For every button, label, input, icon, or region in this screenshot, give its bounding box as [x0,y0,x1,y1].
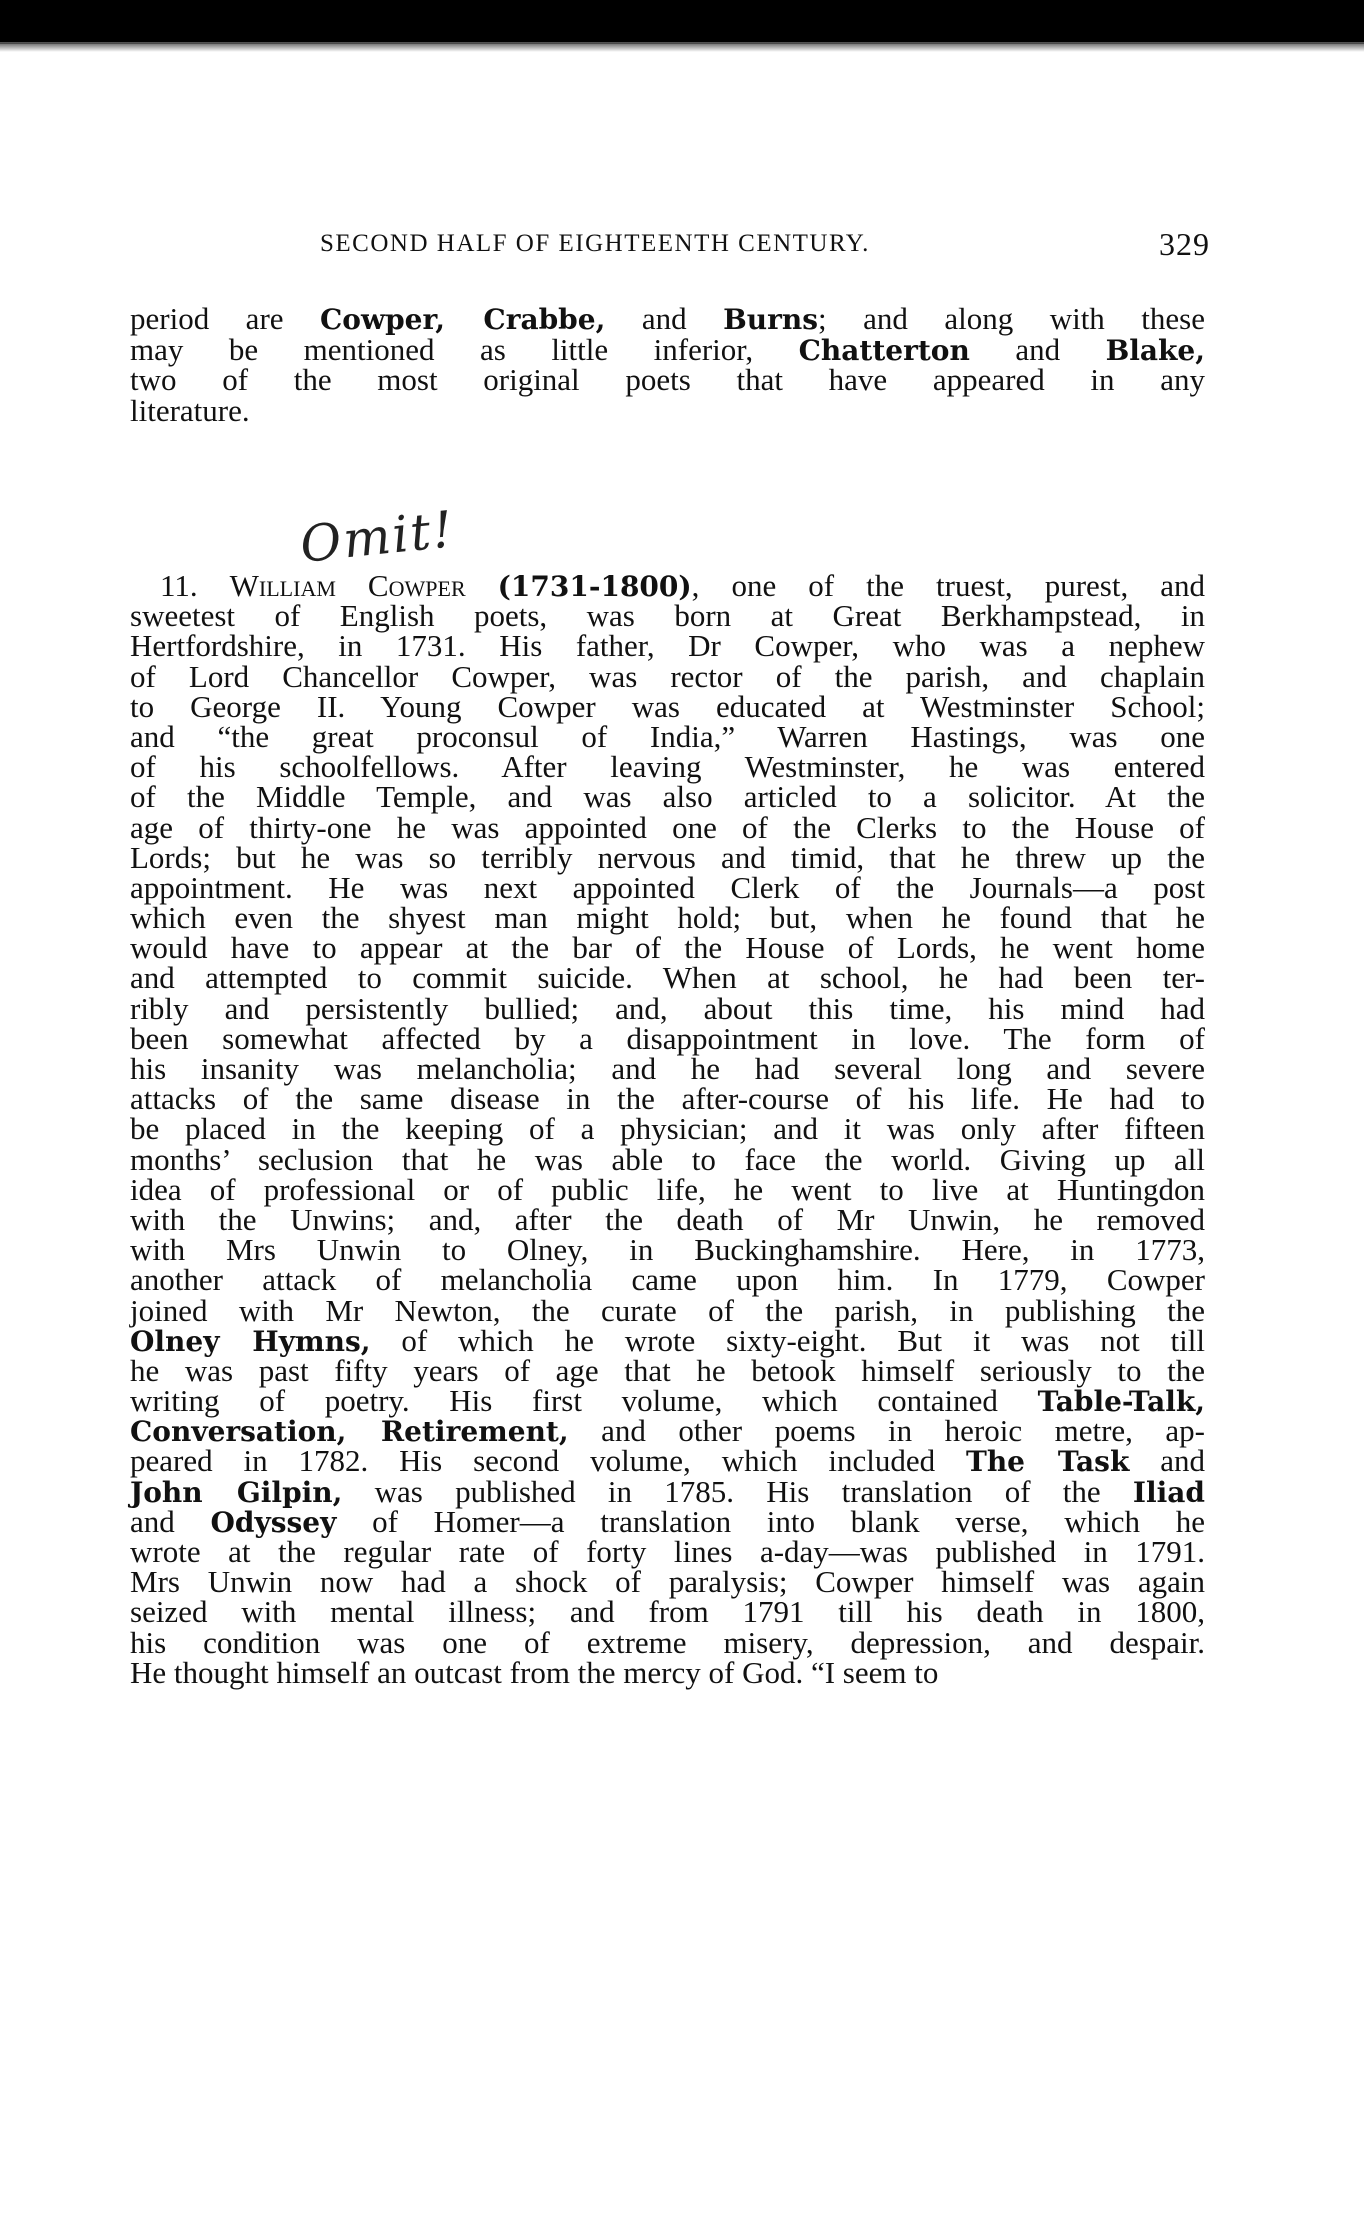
text-line: he was past fifty years of age that he b… [130,1356,1205,1386]
text-line: and “the great proconsul of India,” Warr… [130,722,1205,752]
text-line: attacks of the same disease in the after… [130,1084,1205,1114]
paragraph-continuation: period are Cowper, Crabbe, and Burns; an… [130,304,1205,426]
text-line: and Odyssey of Homer—a translation into … [130,1507,1205,1537]
text-line: John Gilpin, was published in 1785. His … [130,1477,1205,1507]
text-line: Hertfordshire, in 1731. His father, Dr C… [130,631,1205,661]
text-line: with the Unwins; and, after the death of… [130,1205,1205,1235]
text-line: Lords; but he was so terribly nervous an… [130,843,1205,873]
text-line: appointment. He was next appointed Clerk… [130,873,1205,903]
text-line: two of the most original poets that have… [130,365,1205,396]
text-line: sweetest of English poets, was born at G… [130,601,1205,631]
text-line: to George II. Young Cowper was educated … [130,692,1205,722]
handwritten-annotation: Omit! [297,500,457,574]
text-line: 11. William Cowper (1731-1800), one of t… [130,571,1205,601]
text-line: Mrs Unwin now had a shock of paralysis; … [130,1567,1205,1597]
scan-edge-band [0,0,1364,44]
text-line: another attack of melancholia came upon … [130,1265,1205,1295]
text-run: two of the most original poets that have… [130,362,1205,397]
text-line: period are Cowper, Crabbe, and Burns; an… [130,304,1205,335]
text-run: and [1129,1443,1205,1478]
text-line: peared in 1782. His second volume, which… [130,1446,1205,1476]
text-line: of his schoolfellows. After leaving West… [130,752,1205,782]
text-line: seized with mental illness; and from 179… [130,1597,1205,1627]
text-line: writing of poetry. His first volume, whi… [130,1386,1205,1416]
text-line: months’ seclusion that he was able to fa… [130,1145,1205,1175]
paragraph-william-cowper: 11. William Cowper (1731-1800), one of t… [130,571,1205,1688]
text-line: would have to appear at the bar of the H… [130,933,1205,963]
text-line: of Lord Chancellor Cowper, was rector of… [130,662,1205,692]
text-line: may be mentioned as little inferior, Cha… [130,335,1205,366]
text-run: literature. [130,393,250,428]
text-run: He thought himself an outcast from the m… [130,1655,938,1690]
text-line: age of thirty-one he was appointed one o… [130,813,1205,843]
text-line: He thought himself an outcast from the m… [130,1658,1205,1688]
text-line: and attempted to commit suicide. When at… [130,963,1205,993]
text-line: been somewhat affected by a disappointme… [130,1024,1205,1054]
text-line: joined with Mr Newton, the curate of the… [130,1296,1205,1326]
text-line: wrote at the regular rate of forty lines… [130,1537,1205,1567]
text-line: with Mrs Unwin to Olney, in Buckinghamsh… [130,1235,1205,1265]
text-line: Conversation, Retirement, and other poem… [130,1416,1205,1446]
text-line: his condition was one of extreme misery,… [130,1628,1205,1658]
page-number: 329 [1159,226,1210,263]
text-line: be placed in the keeping of a physician;… [130,1114,1205,1144]
text-line: literature. [130,396,1205,427]
running-title: SECOND HALF OF EIGHTEENTH CENTURY. [320,230,870,258]
text-line: which even the shyest man might hold; bu… [130,903,1205,933]
text-line: his insanity was melancholia; and he had… [130,1054,1205,1084]
text-line: Olney Hymns, of which he wrote sixty-eig… [130,1326,1205,1356]
text-line: of the Middle Temple, and was also artic… [130,782,1205,812]
text-line: idea of professional or of public life, … [130,1175,1205,1205]
text-line: ribly and persistently bullied; and, abo… [130,994,1205,1024]
running-head: SECOND HALF OF EIGHTEENTH CENTURY. 329 [320,226,1210,266]
